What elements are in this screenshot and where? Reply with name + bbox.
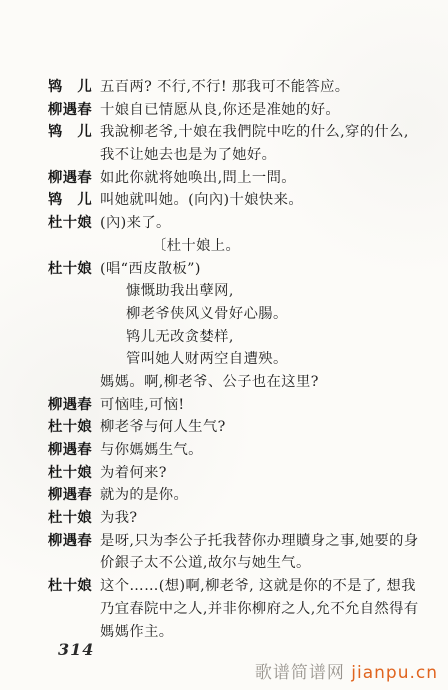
script-line: 柳老爷侠风义骨好心腸。 [0,303,448,326]
script-line: 慷慨助我出孽网, [0,280,448,303]
line-text: 柳老爷与何人生气? [100,416,226,439]
line-text: 如此你就将她唤出,問上一問。 [100,167,296,190]
line-text: 为着何来? [100,462,167,485]
page-number: 314 [58,640,94,659]
line-text: 可恼哇,可恼! [100,394,185,417]
line-text: 就为的是你。 [100,484,188,507]
line-text: 柳老爷侠风义骨好心腸。 [126,303,288,326]
speaker-name: 柳遇春 [48,167,92,190]
speaker-name: 杜十娘 [48,462,92,485]
line-text: 鸨儿无改贪婪样, [126,326,234,349]
speaker-name: 柳遇春 [48,439,92,462]
script-line: 我不让她去也是为了她好。 [0,144,448,167]
script-line: 管叫她人财两空自遭殃。 [0,348,448,371]
script-line: 杜十娘为着何来? [0,462,448,485]
line-text: 这个……(想)啊,柳老爷, 这就是你的不是了, 想我 [100,575,416,598]
line-text: 媽媽作主。 [100,621,173,644]
speaker-name: 鸨 儿 [48,189,92,212]
line-text: 我說柳老爷,十娘在我們院中吃的什么,穿的什么, [100,121,409,144]
speaker-name: 鸨 儿 [48,76,92,99]
watermark: 歌谱简谱网 jianpu.cn [255,658,438,683]
script-line: 柳遇春与你媽媽生气。 [0,439,448,462]
script-line: 柳遇春就为的是你。 [0,484,448,507]
script-line: 柳遇春可恼哇,可恼! [0,394,448,417]
line-text: 叫她就叫她。(向內)十娘快来。 [100,189,303,212]
script-line: 杜十娘(內)来了。 [0,212,448,235]
script-line: 柳遇春如此你就将她唤出,問上一問。 [0,167,448,190]
line-text: 价銀子太不公道,故尔与她生气。 [100,552,311,575]
script-body: 鸨 儿五百两? 不行,不行! 那我可不能答应。柳遇春十娘自已情愿从良,你还是准她… [0,76,448,643]
line-text: (唱“西皮散板”) [100,258,201,281]
line-text: 十娘自已情愿从良,你还是准她的好。 [100,99,340,122]
script-line: 杜十娘为我? [0,507,448,530]
speaker-name: 杜十娘 [48,416,92,439]
script-line: 鸨 儿叫她就叫她。(向內)十娘快来。 [0,189,448,212]
speaker-name: 杜十娘 [48,575,92,598]
speaker-name: 杜十娘 [48,212,92,235]
line-text: 乃宜春院中之人,并非你柳府之人,允不允自然得有 [100,598,419,621]
line-text: 慷慨助我出孽网, [126,280,234,303]
speaker-name: 柳遇春 [48,484,92,507]
speaker-name: 杜十娘 [48,507,92,530]
script-line: 柳遇春十娘自已情愿从良,你还是准她的好。 [0,99,448,122]
script-line: 鸨 儿五百两? 不行,不行! 那我可不能答应。 [0,76,448,99]
line-text: 为我? [100,507,137,530]
script-line: 杜十娘这个……(想)啊,柳老爷, 这就是你的不是了, 想我 [0,575,448,598]
script-line: 媽媽。啊,柳老爷、公子也在这里? [0,371,448,394]
line-text: 与你媽媽生气。 [100,439,203,462]
watermark-site-name: 歌谱简谱网 [255,663,351,683]
speaker-name: 柳遇春 [48,530,92,553]
script-line: 乃宜春院中之人,并非你柳府之人,允不允自然得有 [0,598,448,621]
script-line: 〔杜十娘上。 [0,235,448,258]
speaker-name: 杜十娘 [48,258,92,281]
speaker-name: 柳遇春 [48,394,92,417]
speaker-name: 鸨 儿 [48,121,92,144]
script-line: 杜十娘柳老爷与何人生气? [0,416,448,439]
line-text: 我不让她去也是为了她好。 [100,144,276,167]
book-page: 鸨 儿五百两? 不行,不行! 那我可不能答应。柳遇春十娘自已情愿从良,你还是准她… [0,0,448,690]
script-line: 鸨 儿我說柳老爷,十娘在我們院中吃的什么,穿的什么, [0,121,448,144]
line-text: (內)来了。 [100,212,171,235]
speaker-name: 柳遇春 [48,99,92,122]
line-text: 管叫她人财两空自遭殃。 [126,348,288,371]
script-line: 鸨儿无改贪婪样, [0,326,448,349]
line-text: 是呀,只为李公子托我替你办理贖身之事,她要的身 [100,530,419,553]
script-line: 杜十娘(唱“西皮散板”) [0,258,448,281]
line-text: 媽媽。啊,柳老爷、公子也在这里? [100,371,319,394]
script-line: 价銀子太不公道,故尔与她生气。 [0,552,448,575]
watermark-site-url: jianpu.cn [351,663,438,683]
line-text: 五百两? 不行,不行! 那我可不能答应。 [100,76,350,99]
script-line: 柳遇春是呀,只为李公子托我替你办理贖身之事,她要的身 [0,530,448,553]
line-text: 〔杜十娘上。 [152,235,240,258]
